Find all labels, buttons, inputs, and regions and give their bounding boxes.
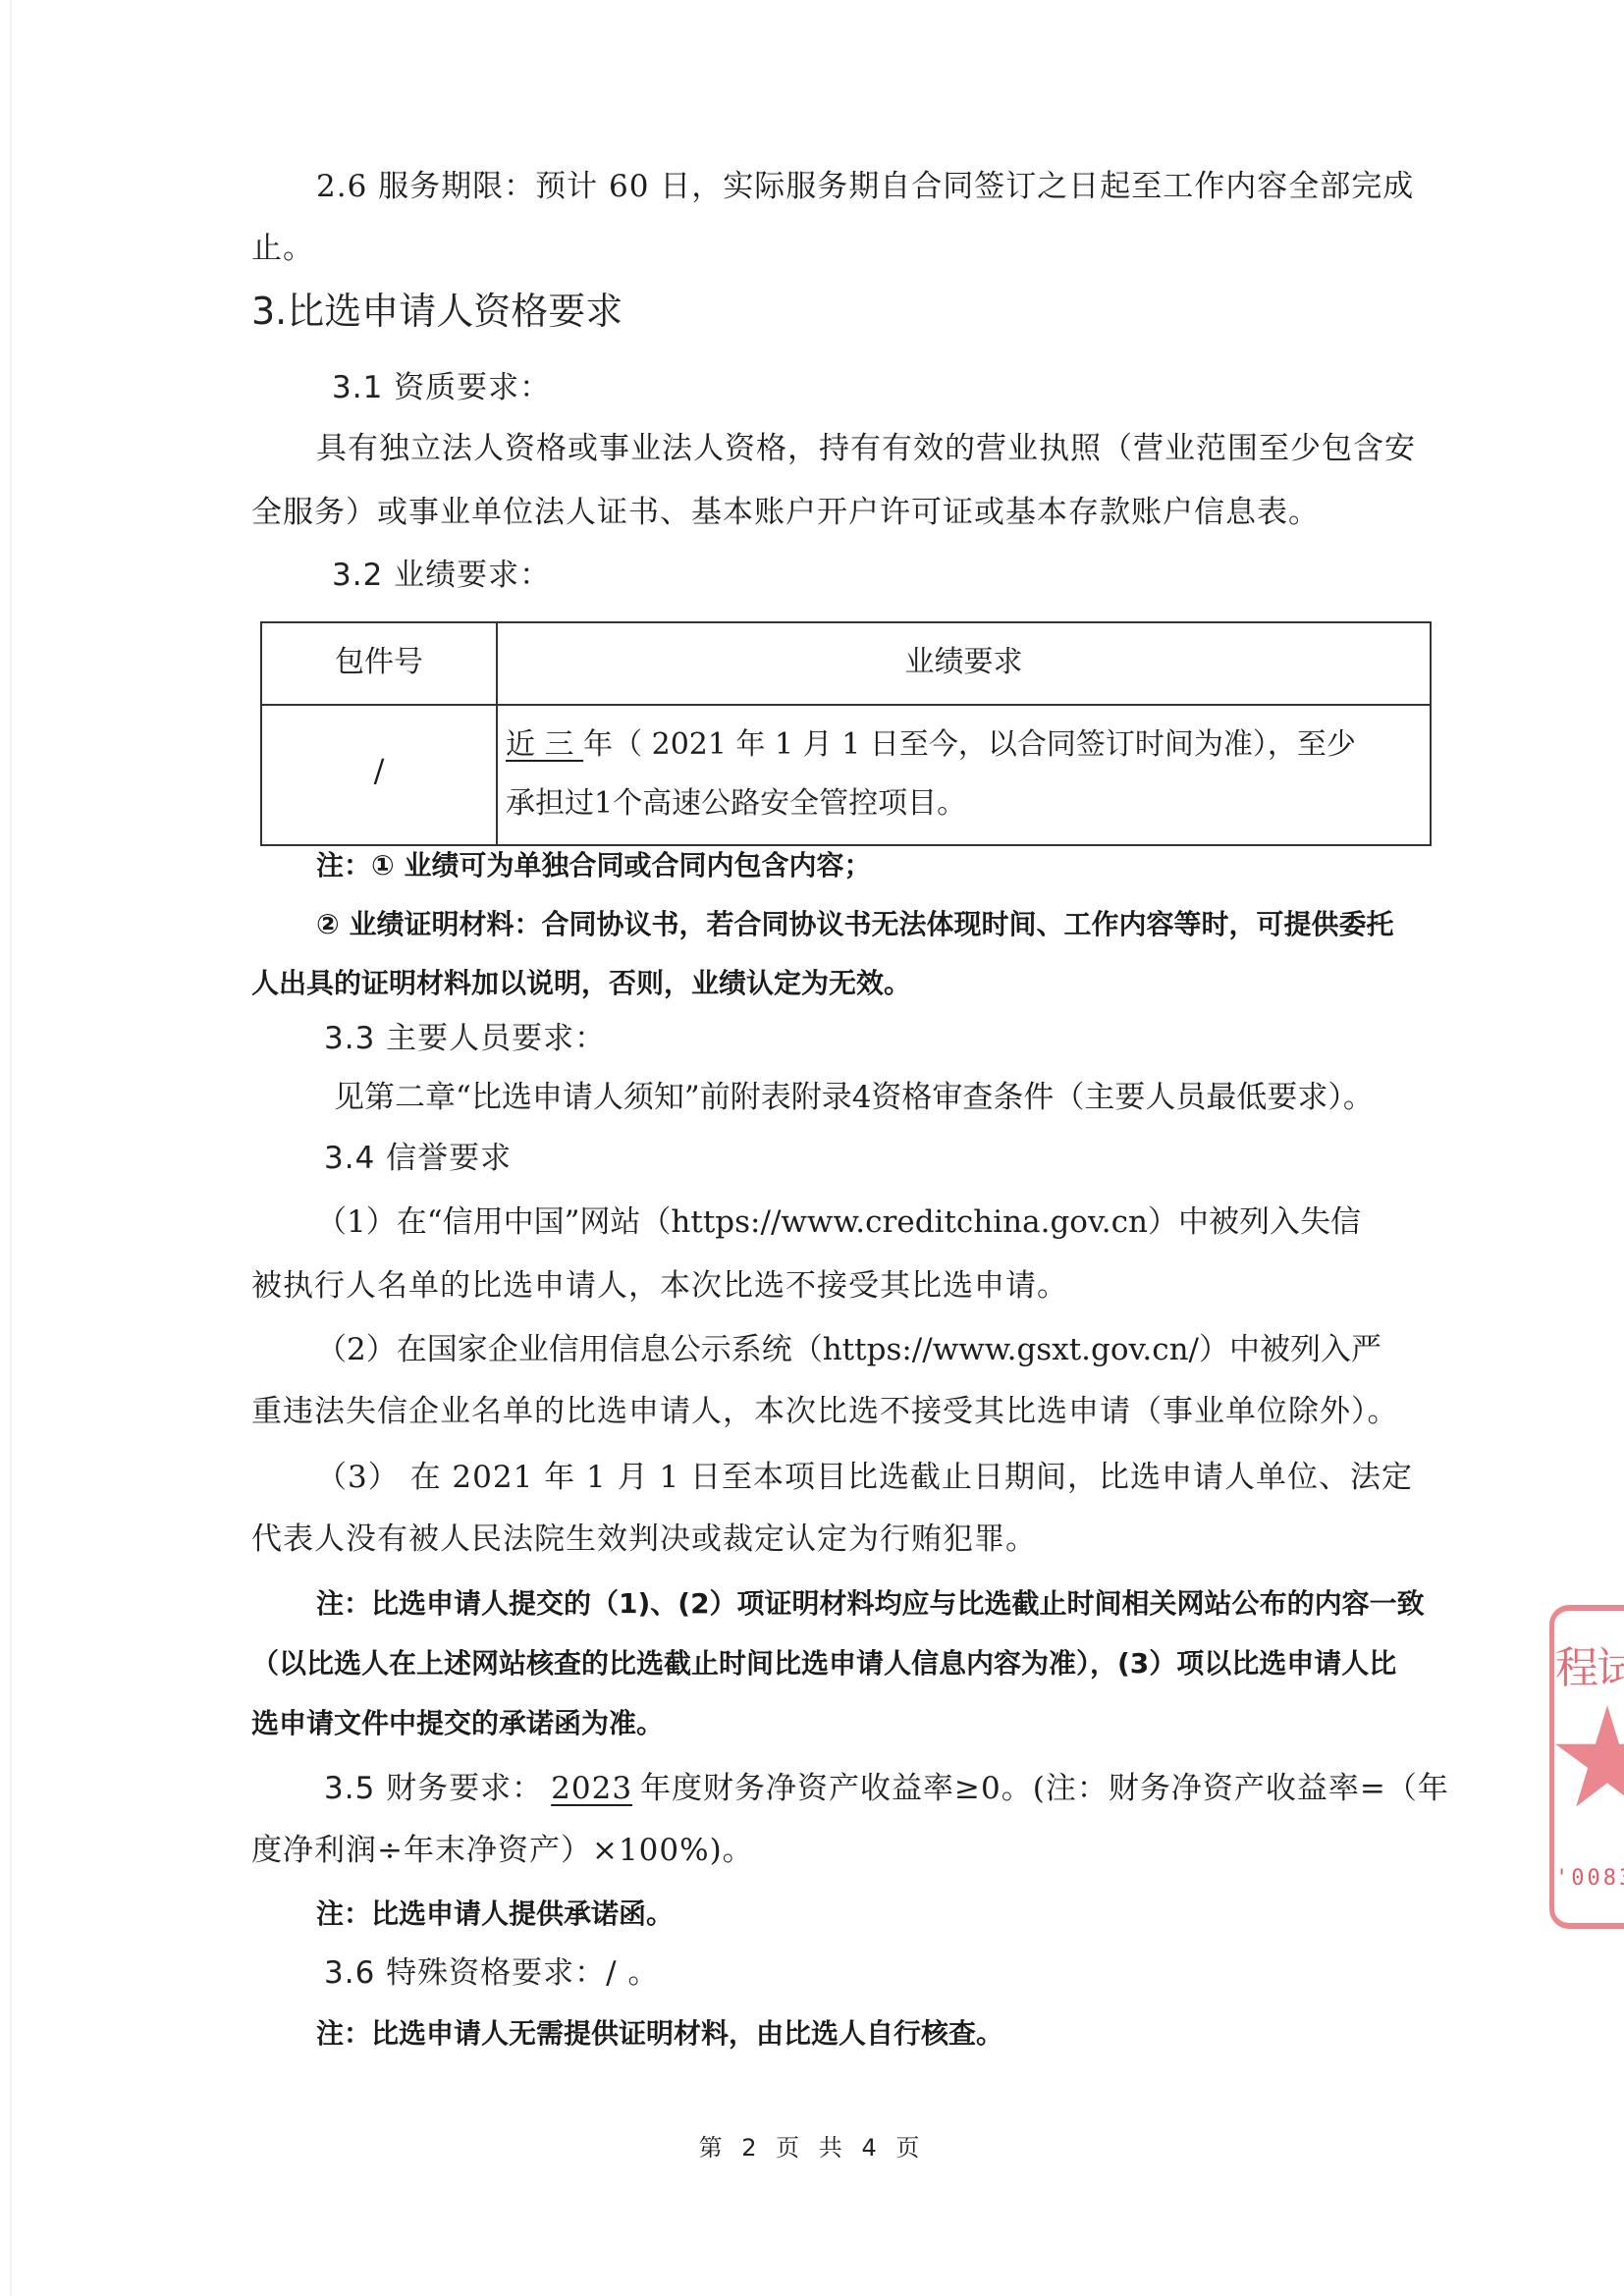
section-3-1-body-line1: 具有独立法人资格或事业法人资格，持有有效的营业执照（营业范围至少包含安 [316,429,1416,468]
table-header-requirement: 业绩要求 [496,643,1432,682]
section-3-5-title: 3.5 财务要求： [324,1771,543,1806]
underlined-period: 近 三 [506,727,583,762]
credit-note-line1: 注：比选申请人提交的（1)、(2）项证明材料均应与比选截止时间相关网站公布的内容… [316,1584,1425,1624]
section-3-1-body-line2: 全服务）或事业单位法人证书、基本账户开户许可证或基本存款账户信息表。 [251,493,1320,532]
table-header-package: 包件号 [262,643,496,682]
scan-edge-artifact [10,0,12,2296]
requirement-line1-rest: 年（ 2021 年 1 月 1 日至今，以合同签订时间为准），至少 [583,727,1356,762]
credit-item-1-line2: 被执行人名单的比选申请人，本次比选不接受其比选申请。 [251,1266,1068,1306]
seal-code: '00839 [1555,1866,1624,1891]
table-cell-requirement-line1: 近 三 年（ 2021 年 1 月 1 日至今，以合同签订时间为准），至少 [506,725,1356,765]
seal-star-icon [1553,1703,1624,1811]
seal-text: 程试 [1555,1632,1624,1695]
financial-note: 注：比选申请人提供承诺函。 [316,1895,674,1934]
credit-item-2-line2: 重违法失信企业名单的比选申请人，本次比选不接受其比选申请（事业单位除外）。 [251,1392,1399,1431]
table-header-divider [262,704,1430,706]
special-qualification-note: 注：比选申请人无需提供证明材料，由比选人自行核查。 [316,2014,1003,2054]
section-2-6-line2: 止。 [251,229,314,268]
section-3-5-line1: 3.5 财务要求：2023年度财务净资产收益率≥0。(注：财务净资产收益率=（年 [324,1769,1449,1808]
credit-note-line3: 选申请文件中提交的承诺函为准。 [251,1704,664,1743]
table-cell-requirement-line2: 承担过1个高速公路安全管控项目。 [506,784,966,824]
performance-note-2-line1: ② 业绩证明材料：合同协议书，若合同协议书无法体现时间、工作内容等时，可提供委托 [316,905,1393,944]
section-3-2-title: 3.2 业绩要求： [332,556,551,595]
section-3-3-title: 3.3 主要人员要求： [324,1019,606,1058]
official-seal-partial: 程试 '00839 [1542,1605,1624,1929]
section-3-3-body: 见第二章“比选申请人须知”前附表附录4资格审查条件（主要人员最低要求）。 [334,1078,1374,1117]
performance-note-1: 注：① 业绩可为单独合同或合同内包含内容； [316,846,871,885]
credit-item-2-line1: （2）在国家企业信用信息公示系统（https://www.gsxt.gov.cn… [316,1330,1381,1369]
performance-requirements-table: 包件号 业绩要求 / 近 三 年（ 2021 年 1 月 1 日至今，以合同签订… [260,621,1432,846]
section-3-heading: 3.比选申请人资格要求 [251,289,623,334]
financial-year: 2023 [543,1771,640,1806]
section-3-4-title: 3.4 信誉要求 [324,1139,512,1178]
performance-note-2-line2: 人出具的证明材料加以说明，否则，业绩认定为无效。 [251,964,911,1003]
page-indicator: 第 2 页 共 4 页 [0,2128,1624,2163]
section-3-6-title: 3.6 特殊资格要求：/ 。 [324,1953,659,1993]
credit-item-3-line2: 代表人没有被人民法院生效判决或裁定认定为行贿犯罪。 [251,1520,1037,1559]
section-3-5-line1-rest: 年度财务净资产收益率≥0。(注：财务净资产收益率=（年 [640,1771,1449,1806]
credit-note-line2: （以比选人在上述网站核查的比选截止时间比选申请人信息内容为准），(3）项以比选申… [251,1644,1396,1683]
section-2-6-line1: 2.6 服务期限：预计 60 日，实际服务期自合同签订之日起至工作内容全部完成 [316,167,1414,206]
credit-item-1-line1: （1）在“信用中国”网站（https://www.creditchina.gov… [316,1202,1361,1242]
section-3-5-line2: 度净利润÷年末净资产）×100%)。 [251,1831,754,1870]
section-3-1-title: 3.1 资质要求： [332,368,551,407]
table-cell-package: / [262,751,496,790]
credit-item-3-line1: （3） 在 2021 年 1 月 1 日至本项目比选截止日期间，比选申请人单位、… [316,1458,1413,1497]
